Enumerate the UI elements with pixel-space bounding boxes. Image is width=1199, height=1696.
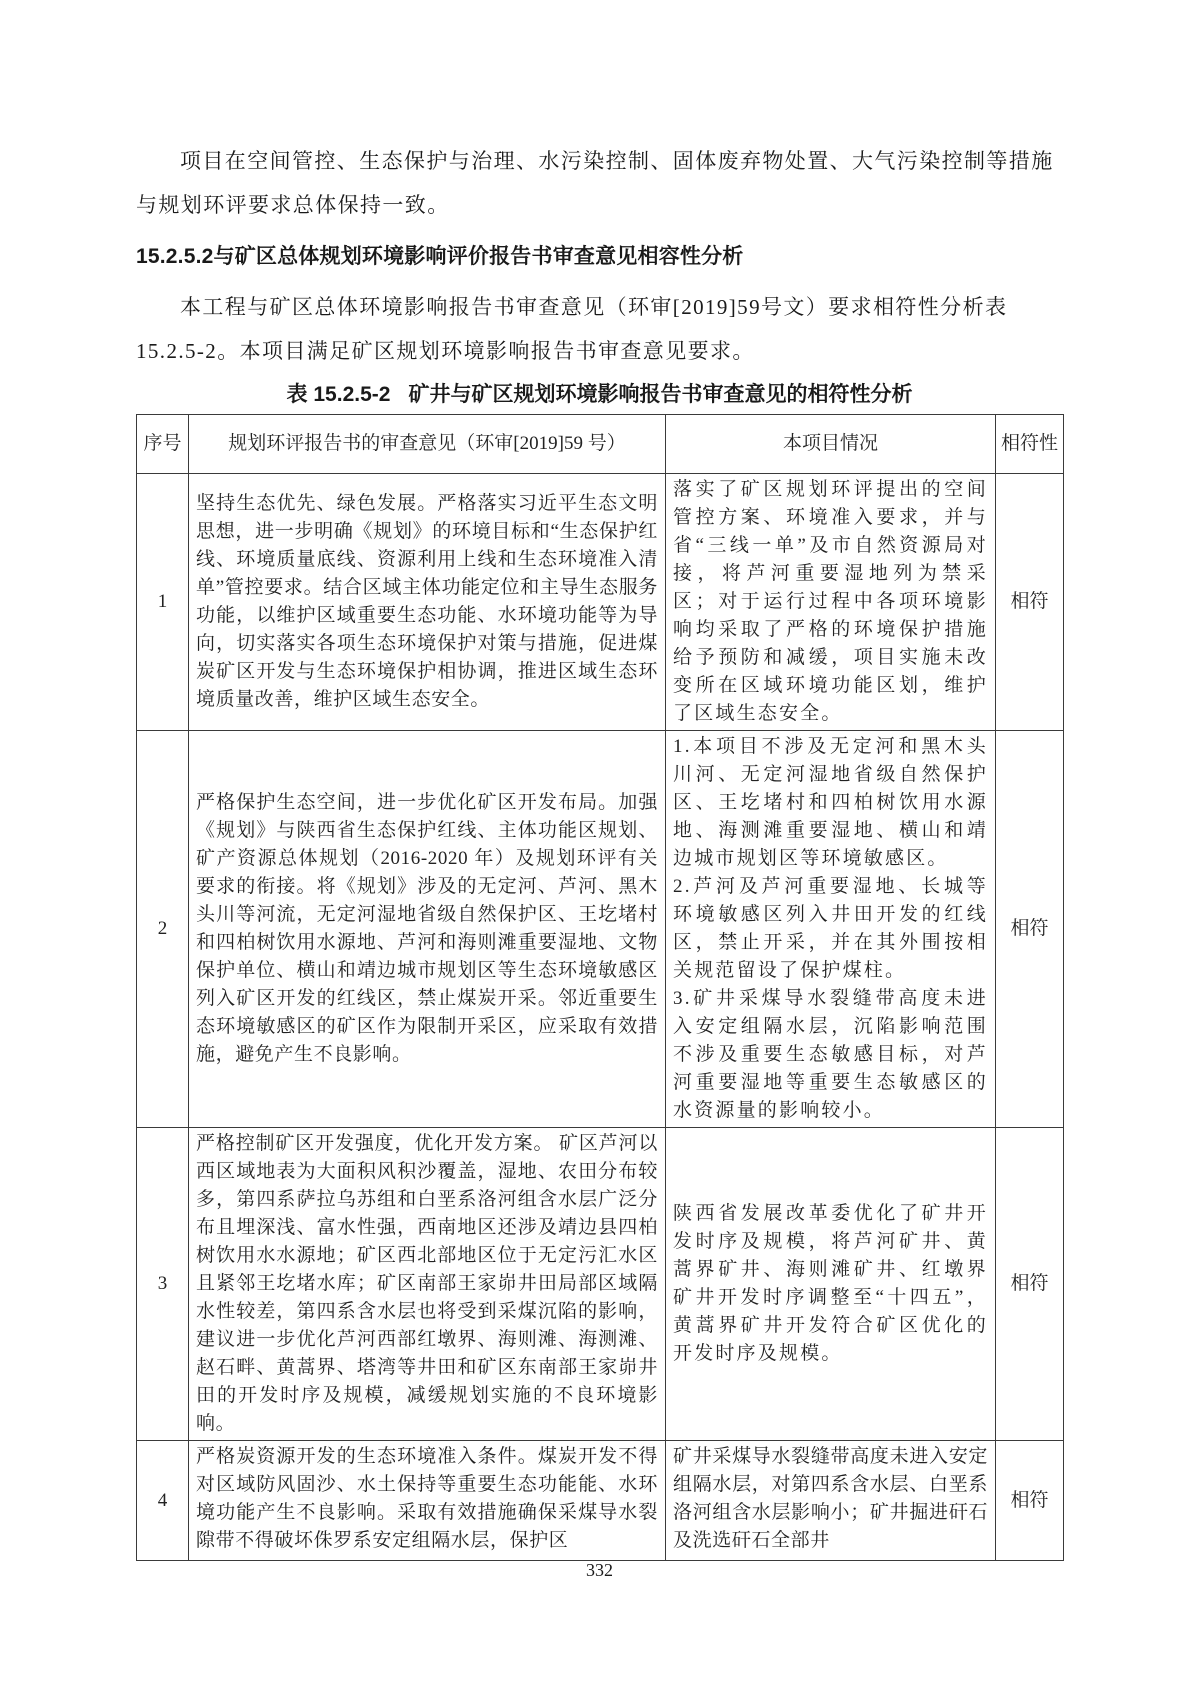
paragraph-text: 本工程与矿区总体环境影响报告书审查意见（环审[2019]59号文）要求相符性分析… [136, 295, 1007, 363]
table-title: 矿井与矿区规划环境影响报告书审查意见的相符性分析 [408, 383, 912, 406]
review-opinion: 严格保护生态空间，进一步优化矿区开发布局。加强《规划》与陕西省生态保护红线、主体… [189, 731, 666, 1128]
conformity-value: 相符 [996, 474, 1064, 731]
project-status: 落实了矿区规划环评提出的空间管控方案、环境准入要求，并与省“三线一单”及市自然资… [666, 474, 996, 731]
page-number: 332 [0, 1560, 1199, 1581]
table-row: 2 严格保护生态空间，进一步优化矿区开发布局。加强《规划》与陕西省生态保护红线、… [137, 731, 1064, 1128]
conformity-table: 序号 规划环评报告书的审查意见（环审[2019]59 号） 本项目情况 相符性 … [136, 414, 1064, 1561]
table-header-row: 序号 规划环评报告书的审查意见（环审[2019]59 号） 本项目情况 相符性 [137, 415, 1064, 474]
project-status-item: 3.矿井采煤导水裂缝带高度未进入安定组隔水层，沉陷影响范围不涉及重要生态敏感目标… [673, 985, 988, 1125]
project-status-item: 1.本项目不涉及无定河和黑木头川河、无定河湿地省级自然保护区、王圪堵村和四柏树饮… [673, 733, 988, 873]
project-status-item: 2.芦河及芦河重要湿地、长城等环境敏感区列入井田开发的红线区，禁止开采，并在其外… [673, 873, 988, 985]
project-status: 1.本项目不涉及无定河和黑木头川河、无定河湿地省级自然保护区、王圪堵村和四柏树饮… [666, 731, 996, 1128]
header-no: 序号 [137, 415, 189, 474]
review-opinion: 坚持生态优先、绿色发展。严格落实习近平生态文明思想，进一步明确《规划》的环境目标… [189, 474, 666, 731]
project-status: 陕西省发展改革委优化了矿井开发时序及规模，将芦河矿井、黄蒿界矿井、海则滩矿井、红… [666, 1128, 996, 1441]
header-opinion: 规划环评报告书的审查意见（环审[2019]59 号） [189, 415, 666, 474]
body-paragraph-2: 本工程与矿区总体环境影响报告书审查意见（环审[2019]59号文）要求相符性分析… [136, 285, 1064, 373]
header-conformity: 相符性 [996, 415, 1064, 474]
section-heading: 15.2.5.2与矿区总体规划环境影响评价报告书审查意见相容性分析 [136, 240, 744, 270]
row-number: 3 [137, 1128, 189, 1441]
table-caption: 表 15.2.5-2矿井与矿区规划环境影响报告书审查意见的相符性分析 [0, 378, 1199, 408]
table-number: 表 15.2.5-2 [287, 383, 391, 406]
row-number: 2 [137, 731, 189, 1128]
project-status: 矿井采煤导水裂缝带高度未进入安定组隔水层，对第四系含水层、白垩系洛河组含水层影响… [666, 1441, 996, 1561]
paragraph-text: 项目在空间管控、生态保护与治理、水污染控制、固体废弃物处置、大气污染控制等措施与… [136, 149, 1054, 217]
review-opinion: 严格炭资源开发的生态环境准入条件。煤炭开发不得对区域防风固沙、水土保持等重要生态… [189, 1441, 666, 1561]
row-number: 4 [137, 1441, 189, 1561]
body-paragraph-1: 项目在空间管控、生态保护与治理、水污染控制、固体废弃物处置、大气污染控制等措施与… [136, 139, 1064, 227]
review-opinion: 严格控制矿区开发强度，优化开发方案。 矿区芦河以西区域地表为大面积风积沙覆盖，湿… [189, 1128, 666, 1441]
table-row: 3 严格控制矿区开发强度，优化开发方案。 矿区芦河以西区域地表为大面积风积沙覆盖… [137, 1128, 1064, 1441]
table-row: 4 严格炭资源开发的生态环境准入条件。煤炭开发不得对区域防风固沙、水土保持等重要… [137, 1441, 1064, 1561]
conformity-value: 相符 [996, 731, 1064, 1128]
table-row: 1 坚持生态优先、绿色发展。严格落实习近平生态文明思想，进一步明确《规划》的环境… [137, 474, 1064, 731]
conformity-value: 相符 [996, 1441, 1064, 1561]
conformity-value: 相符 [996, 1128, 1064, 1441]
header-project: 本项目情况 [666, 415, 996, 474]
row-number: 1 [137, 474, 189, 731]
